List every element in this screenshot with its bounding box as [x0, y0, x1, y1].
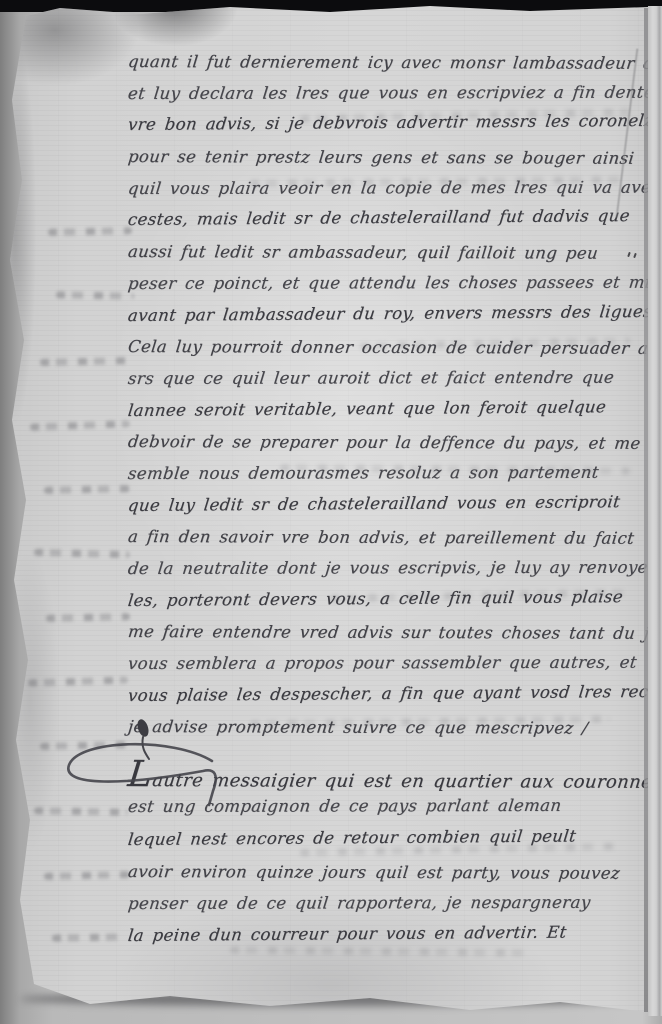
- paragraph-1: quant il fut dernierement icy avec monsr…: [128, 46, 644, 743]
- manuscript-line: de la neutralite dont je vous escripvis,…: [126, 552, 646, 585]
- manuscript-line: vre bon advis, si je debvrois advertir m…: [126, 105, 646, 141]
- manuscript-page: quant il fut dernierement icy avec monsr…: [0, 0, 662, 1024]
- manuscript-line: les, porteront devers vous, a celle fin …: [126, 581, 646, 617]
- manuscript-line: Cela luy pourroit donner occasion de cui…: [126, 331, 645, 364]
- manuscript-line: et luy declara les lres que vous en escr…: [126, 76, 646, 109]
- bleedthrough-mark: [28, 676, 128, 686]
- manuscript-line: me faire entendre vred advis sur toutes …: [126, 616, 645, 649]
- manuscript-line: vous semblera a propos pour sassembler q…: [126, 647, 646, 680]
- manuscript-line: la peine dun courreur pour vous en adver…: [126, 916, 646, 952]
- manuscript-line: a fin den savoir vre bon advis, et parei…: [126, 521, 645, 554]
- manuscript-line: peser ce poinct, et que attendu les chos…: [126, 266, 646, 299]
- manuscript-line: cestes, mais ledit sr de chasteleraillan…: [126, 200, 646, 236]
- bleedthrough-mark: [56, 291, 134, 299]
- manuscript-line: que luy ledit sr de chastelerailland vou…: [126, 486, 646, 522]
- next-leaf-edge: [648, 6, 662, 1016]
- manuscript-line: srs que ce quil leur auroit dict et faic…: [126, 362, 646, 395]
- ink-specks: [628, 252, 638, 260]
- manuscript-line: semble nous demourasmes resoluz a son pa…: [126, 457, 646, 490]
- bleedthrough-mark: [52, 933, 128, 941]
- pen-flourish: [55, 713, 265, 833]
- manuscript-scan: quant il fut dernierement icy avec monsr…: [0, 0, 662, 1024]
- bleedthrough-mark: [46, 613, 130, 622]
- manuscript-line: pour se tenir prestz leurs gens et sans …: [126, 141, 645, 174]
- manuscript-line: avant par lambassadeur du roy, envers me…: [126, 295, 646, 331]
- bleedthrough-mark: [30, 420, 130, 430]
- manuscript-line: debvoir de se preparer pour la deffence …: [126, 426, 645, 459]
- manuscript-line: lannee seroit veritable, veant que lon f…: [126, 390, 646, 426]
- manuscript-line: aussi fut ledit sr ambassadeur, quil fai…: [126, 236, 645, 269]
- manuscript-line: penser que de ce quil rapportera, je nes…: [126, 887, 646, 921]
- bleedthrough-mark: [40, 357, 132, 366]
- bleedthrough-mark: [44, 485, 130, 494]
- ink-blot: [135, 718, 150, 738]
- manuscript-line: avoir environ quinze jours quil est part…: [126, 856, 645, 890]
- bleedthrough-mark: [44, 871, 130, 880]
- manuscript-line: vous plaise les despescher, a fin que ay…: [126, 676, 646, 712]
- bleedthrough-mark: [48, 227, 132, 236]
- manuscript-line: quant il fut dernierement icy avec monsr…: [126, 46, 645, 79]
- bleedthrough-mark: [34, 549, 130, 559]
- manuscript-line: quil vous plaira veoir en la copie de me…: [126, 171, 646, 204]
